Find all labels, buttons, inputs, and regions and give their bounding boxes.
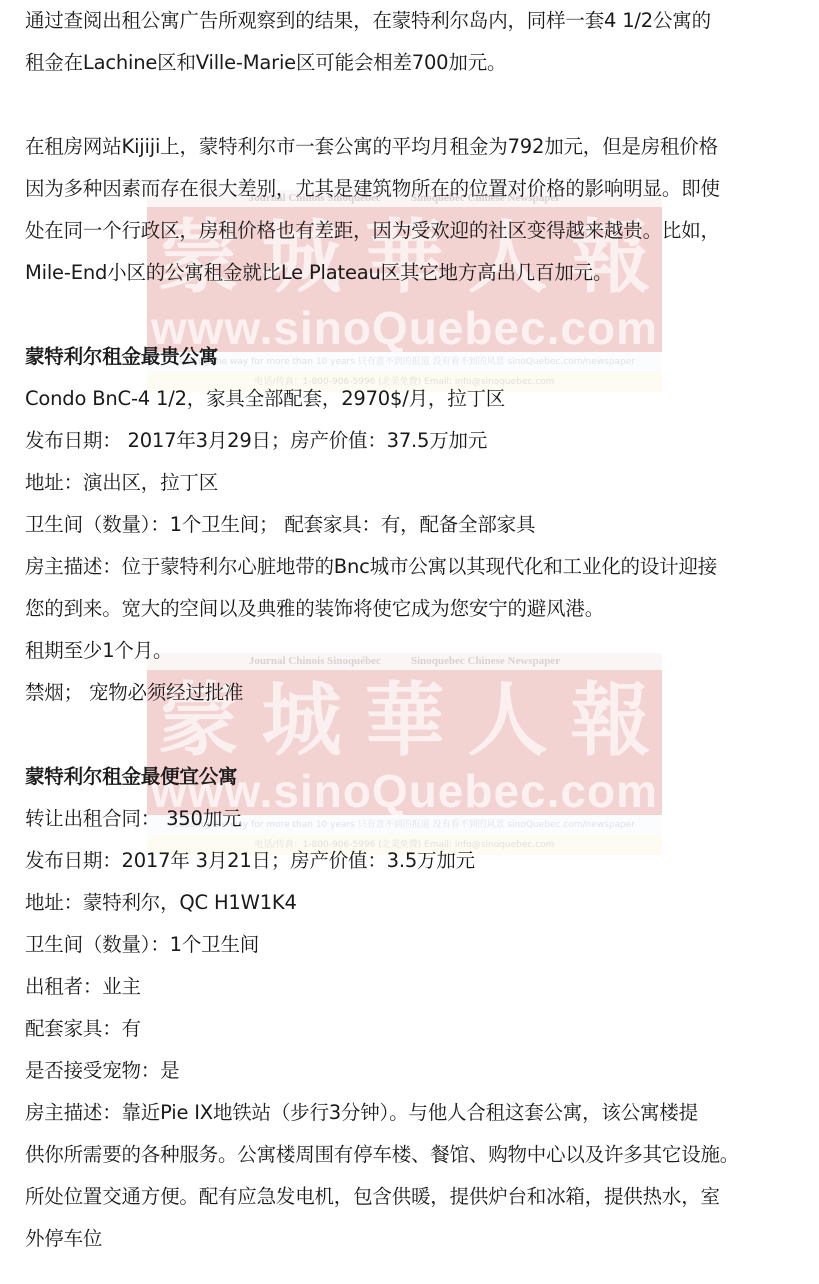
listing-line: 发布日期：2017年 3月21日；房产价值：3.5万加元 <box>25 840 805 882</box>
listing-line: 转让出租合同： 350加元 <box>25 798 805 840</box>
listing-line: 卫生间（数量）：1个卫生间； 配套家具：有，配备全部家具 <box>25 504 805 546</box>
listing-line: 发布日期： 2017年3月29日；房产价值：37.5万加元 <box>25 420 805 462</box>
listing-line: 所处位置交通方便。配有应急发电机，包含供暖，提供炉台和冰箱，提供热水，室 <box>25 1176 805 1218</box>
paragraph-gap <box>25 714 805 756</box>
listing-line: 房主描述：靠近Pie IX地铁站（步行3分钟）。与他人合租这套公寓，该公寓楼提 <box>25 1092 805 1134</box>
section-heading-cheapest: 蒙特利尔租金最便宜公寓 <box>25 756 805 798</box>
article-body: 通过查阅出租公寓广告所观察到的结果，在蒙特利尔岛内，同样一套4 1/2公寓的 租… <box>25 0 805 1260</box>
listing-line: 您的到来。宽大的空间以及典雅的装饰将使它成为您安宁的避风港。 <box>25 588 805 630</box>
listing-line: 是否接受宠物：是 <box>25 1050 805 1092</box>
listing-line: 外停车位 <box>25 1218 805 1260</box>
paragraph-line: 在租房网站Kijiji上，蒙特利尔市一套公寓的平均月租金为792加元，但是房租价… <box>25 126 805 168</box>
listing-line: 卫生间（数量）：1个卫生间 <box>25 924 805 966</box>
paragraph-line: 租金在Lachine区和Ville-Marie区可能会相差700加元。 <box>25 42 805 84</box>
paragraph-line: Mile-End小区的公寓租金就比Le Plateau区其它地方高出几百加元。 <box>25 252 805 294</box>
paragraph-gap <box>25 84 805 126</box>
listing-line: 配套家具：有 <box>25 1008 805 1050</box>
listing-line: 供你所需要的各种服务。公寓楼周围有停车楼、餐馆、购物中心以及许多其它设施。 <box>25 1134 805 1176</box>
listing-line: 出租者：业主 <box>25 966 805 1008</box>
paragraph-gap <box>25 294 805 336</box>
paragraph-line: 通过查阅出租公寓广告所观察到的结果，在蒙特利尔岛内，同样一套4 1/2公寓的 <box>25 0 805 42</box>
listing-line: Condo BnC-4 1/2，家具全部配套，2970$/月，拉丁区 <box>25 378 805 420</box>
section-heading-most-expensive: 蒙特利尔租金最贵公寓 <box>25 336 805 378</box>
paragraph-line: 因为多种因素而存在很大差别，尤其是建筑物所在的位置对价格的影响明显。即使 <box>25 168 805 210</box>
listing-line: 地址：蒙特利尔，QC H1W1K4 <box>25 882 805 924</box>
listing-line: 地址：演出区，拉丁区 <box>25 462 805 504</box>
paragraph-line: 处在同一个行政区，房租价格也有差距，因为受欢迎的社区变得越来越贵。比如， <box>25 210 805 252</box>
listing-line: 禁烟； 宠物必须经过批准 <box>25 672 805 714</box>
listing-line: 租期至少1个月。 <box>25 630 805 672</box>
listing-line: 房主描述：位于蒙特利尔心脏地带的Bnc城市公寓以其现代化和工业化的设计迎接 <box>25 546 805 588</box>
